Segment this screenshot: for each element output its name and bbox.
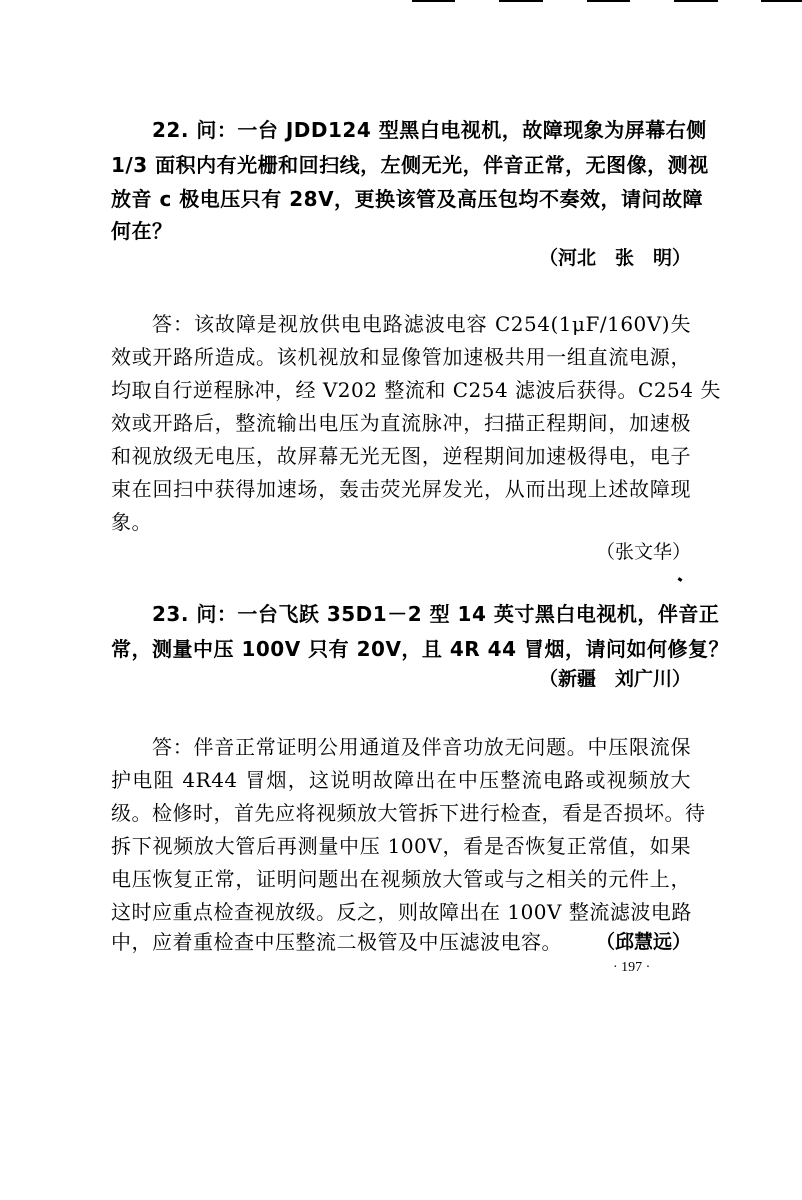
q23-answer-line: 拆下视频放大管后再测量中压 100V，看是否恢复正常值，如果 (111, 834, 691, 858)
q22-answer-line: 效或开路所造成。该机视放和显像管加速极共用一组直流电源， (111, 345, 691, 369)
q23-answer-line: 护电阻 4R44 冒烟，这说明故障出在中压整流电路或视频放大 (111, 768, 691, 792)
q23-answer-line: 答：伴音正常证明公用通道及伴音功放无问题。中压限流保 (152, 735, 691, 759)
top-rule-2 (499, 0, 543, 2)
q22-answer-line: 束在回扫中获得加速场，轰击荧光屏发光，从而出现上述故障现 (111, 477, 691, 501)
q22-question-line: 22. 问：一台 JDD124 型黑白电视机，故障现象为屏幕右侧 (152, 118, 691, 142)
page-number: · 197 · (613, 960, 650, 976)
q22-question-line: 1/3 面积内有光栅和回扫线，左侧无光，伴音正常，无图像，测视 (111, 153, 691, 177)
q22-answer-line: 答：该故障是视放供电电路滤波电容 C254(1μF/160V)失 (152, 312, 691, 336)
stray-mark (678, 577, 683, 582)
q22-answer-line: 均取自行逆程脉冲，经 V202 整流和 C254 滤波后获得。C254 失 (111, 378, 691, 402)
q22-answer-line: 象。 (111, 510, 691, 534)
q22-answerer: （张文华） (596, 540, 691, 564)
q23-answer-line: 级。检修时，首先应将视频放大管拆下进行检查，看是否损坏。待 (111, 801, 691, 825)
q22-answer-line: 效或开路后，整流输出电压为直流脉冲，扫描正程期间，加速极 (111, 411, 691, 435)
top-rule-3 (587, 0, 630, 2)
top-rule-1 (412, 0, 455, 2)
q22-question-line: 放音 c 极电压只有 28V，更换该管及高压包均不奏效，请问故障 (111, 187, 691, 211)
q23-question-line: 常，测量中压 100V 只有 20V，且 4R 44 冒烟，请问如何修复？ (111, 637, 691, 661)
q23-asker: （新疆 刘广川） (539, 667, 691, 691)
q23-answer-line: 电压恢复正常，证明问题出在视频放大管或与之相关的元件上， (111, 867, 691, 891)
q22-asker: （河北 张 明） (539, 246, 691, 270)
q22-question-line: 何在？ (111, 219, 691, 243)
top-rule-4 (674, 0, 718, 2)
q23-question-line: 23. 问：一台飞跃 35D1－2 型 14 英寸黑白电视机，伴音正 (152, 602, 691, 626)
q23-answer-line: 中，应着重检查中压整流二极管及中压滤波电容。 (111, 930, 571, 954)
q23-answerer: （邱慧远） (596, 930, 691, 954)
top-rule-5 (761, 0, 802, 2)
q23-answer-line: 这时应重点检查视放级。反之，则故障出在 100V 整流滤波电路 (111, 900, 691, 924)
q22-answer-line: 和视放级无电压，故屏幕无光无图，逆程期间加速极得电，电子 (111, 444, 691, 468)
